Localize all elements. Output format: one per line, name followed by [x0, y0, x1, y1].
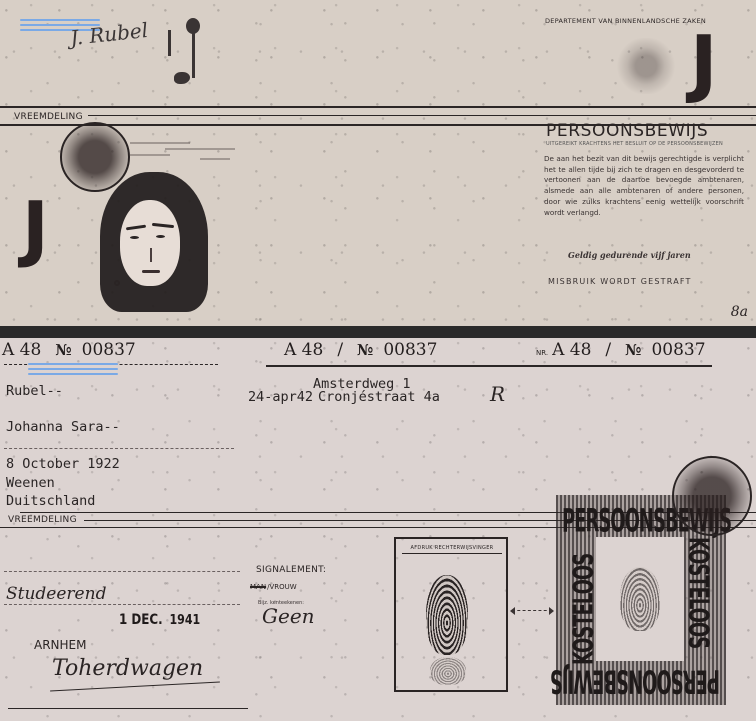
marks-value: Geen — [262, 604, 315, 628]
issue-date-day: 1 DEC. — [119, 612, 163, 628]
card-number: 00837 — [383, 340, 437, 360]
holder-photo — [100, 172, 208, 314]
card-number: 00837 — [82, 340, 136, 360]
series: A 48 — [284, 340, 323, 360]
misuse-warning: MISBRUIK WORDT GESTRAFT — [548, 277, 692, 286]
category-label: VREEMDELING — [14, 112, 83, 122]
fingerprint-smudge — [430, 657, 466, 685]
signalement-label: SIGNALEMENT: — [256, 565, 326, 575]
coat-of-arms-icon — [615, 38, 677, 94]
sex-struck: MAN — [250, 583, 266, 591]
surname: Rubel-- — [6, 383, 63, 399]
frame-text-right: KOSTELOOS — [682, 537, 716, 648]
issue-date-stamp: 1 DEC.1941 — [119, 612, 200, 628]
card-number-right: NR.A 48/№00837 — [536, 340, 706, 360]
rule — [88, 115, 756, 116]
category-label: VREEMDELING — [8, 515, 77, 525]
validity-text: Geldig gedurende vijf jaren — [568, 250, 691, 260]
birth-date: 8 October 1922 — [6, 456, 120, 472]
given-names: Johanna Sara-- — [6, 419, 120, 435]
fingerprint-icon — [620, 567, 660, 631]
nationality: Duitschland — [6, 493, 95, 509]
card-number-center: A 48/№00837 — [284, 340, 437, 360]
number-sign: № — [55, 341, 71, 359]
occupation: Studeerend — [6, 584, 106, 604]
jew-mark-stamp-top: J — [690, 26, 718, 100]
official-seal-stamp — [672, 456, 752, 536]
document-title: PERSOONSBEWIJS — [546, 121, 708, 141]
series: A 48 — [2, 340, 41, 360]
rule — [0, 106, 756, 108]
page-number: 8a — [731, 304, 748, 320]
handwritten-j-mark — [172, 12, 212, 92]
address-change-date: 24-apr42 — [248, 389, 313, 405]
issue-date-year: 1941 — [169, 613, 200, 628]
address-mark: R — [490, 382, 505, 406]
identity-card-back: A 48№00837 A 48/№00837 NR.A 48/№00837 Ru… — [0, 338, 756, 721]
number-sign: № — [357, 341, 373, 359]
issue-place: ARNHEM — [34, 638, 86, 652]
card-number-left: A 48№00837 — [2, 340, 136, 360]
frame-text-bottom: PERSOONSBEWIJS — [551, 663, 720, 701]
birth-place: Weenen — [6, 475, 55, 491]
series: A 48 — [552, 340, 591, 360]
sex-field: MAN/VROUW — [250, 583, 297, 591]
address-2: Cronjéstraat 4a — [318, 389, 440, 405]
card-number: 00837 — [651, 340, 705, 360]
frame-text-left: KOSTELOOS — [566, 554, 600, 665]
document-instructions: De aan het bezit van dit bewijs gerechti… — [544, 154, 744, 218]
jew-mark-stamp-left: J — [22, 192, 49, 264]
double-arrow-icon — [512, 610, 552, 611]
official-signature: Toherdwagen — [52, 656, 203, 681]
blue-watermark-stamp — [28, 360, 118, 380]
fingerprint-label: AFDRUK RECHTERWIJSVINGER — [402, 545, 502, 554]
nr-label: NR. — [536, 349, 548, 357]
fingerprint-box: AFDRUK RECHTERWIJSVINGER — [394, 537, 508, 692]
ministry-name: DEPARTEMENT VAN BINNENLANDSCHE ZAKEN — [545, 17, 706, 25]
number-sign: № — [625, 341, 641, 359]
fingerprint-icon — [426, 575, 468, 655]
identity-card-front: J. Rubel DEPARTEMENT VAN BINNENLANDSCHE … — [0, 0, 756, 326]
sex-value: VROUW — [269, 583, 296, 591]
document-subtitle: UITGEREIKT KRACHTENS HET BESLUIT OP DE P… — [546, 141, 723, 147]
